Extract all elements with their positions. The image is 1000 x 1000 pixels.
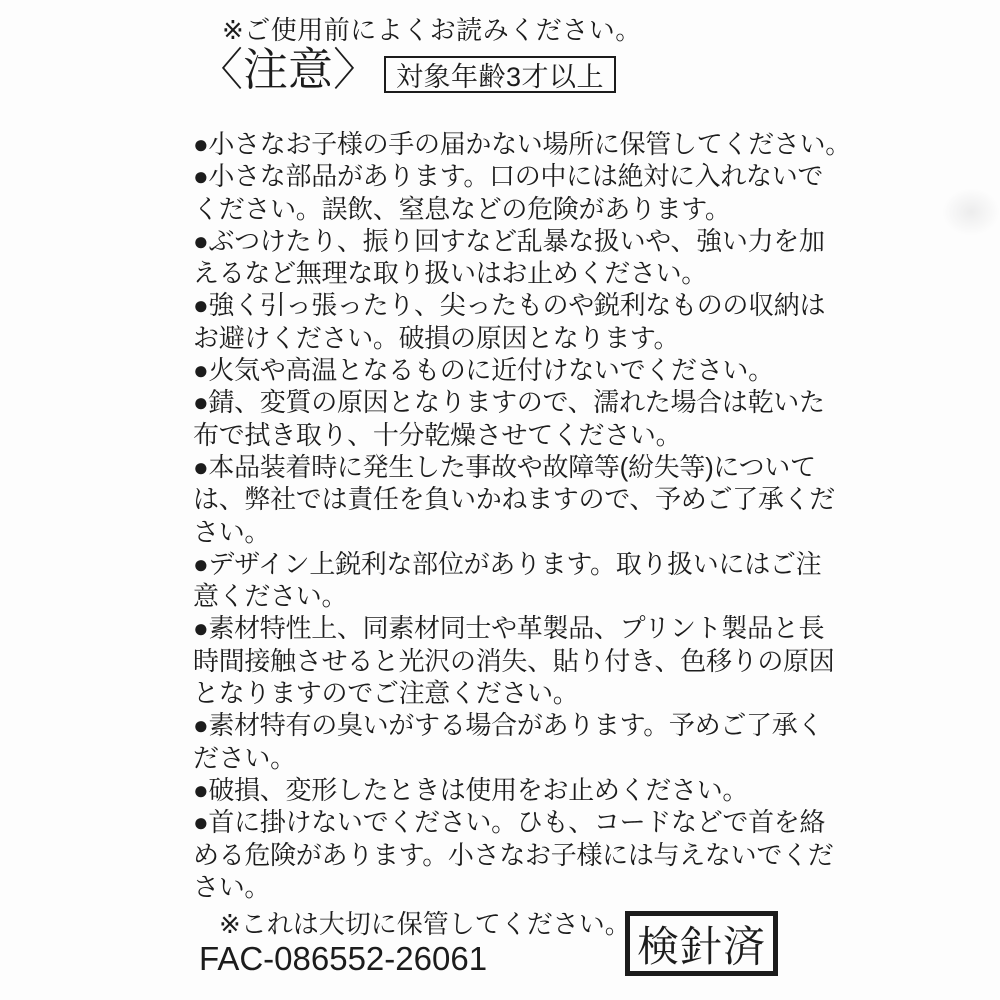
warning-line: さい。 — [193, 516, 833, 548]
warning-line: ●デザイン上鋭利な部位があります。取り扱いにはご注 — [193, 548, 833, 580]
warning-item: ●錆、変質の原因となりますので、濡れた場合は乾いた 布で拭き取り、十分乾燥させて… — [193, 386, 833, 451]
warning-line: ●火気や高温となるものに近付けないでください。 — [193, 354, 833, 386]
age-restriction-box: 対象年齢3才以上 — [384, 56, 616, 93]
warning-item: ●ぶつけたり、振り回すなど乱暴な扱いや、強い力を加 えるなど無理な取り扱いはお止… — [193, 225, 833, 290]
warnings-list: ●小さなお子様の手の届かない場所に保管してください。 ●小さな部品があります。口… — [193, 128, 833, 903]
warning-line: ●破損、変形したときは使用をお止めください。 — [193, 774, 833, 806]
caution-heading: 〈注意〉 — [198, 44, 378, 96]
warning-line: ●素材特有の臭いがする場合があります。予めご了承く — [193, 709, 833, 741]
keep-this-note: ※これは大切に保管してください。 — [219, 908, 631, 940]
warning-line: ●錆、変質の原因となりますので、濡れた場合は乾いた — [193, 386, 833, 418]
warning-item: ●素材特性上、同素材同士や革製品、プリント製品と長 時間接触させると光沢の消失、… — [193, 612, 833, 709]
scan-smudge — [942, 188, 1000, 236]
read-before-use-note: ※ご使用前によくお読みください。 — [222, 13, 642, 47]
warning-item: ●火気や高温となるものに近付けないでください。 — [193, 354, 833, 386]
age-restriction-label: 対象年齢3才以上 — [396, 55, 604, 94]
warning-line: 時間接触させると光沢の消失、貼り付き、色移りの原因 — [193, 645, 833, 677]
warning-line: ●素材特性上、同素材同士や革製品、プリント製品と長 — [193, 612, 833, 644]
product-code: FAC-086552-26061 — [199, 940, 487, 978]
warning-line: は、弊社では責任を負いかねますので、予めご了承くだ — [193, 483, 833, 515]
warning-line: ●ぶつけたり、振り回すなど乱暴な扱いや、強い力を加 — [193, 225, 833, 257]
warning-line: ●強く引っ張ったり、尖ったものや鋭利なものの収納は — [193, 289, 833, 321]
warning-item: ●破損、変形したときは使用をお止めください。 — [193, 774, 833, 806]
warning-line: ●本品装着時に発生した事故や故障等(紛失等)について — [193, 451, 833, 483]
warning-line: お避けください。破損の原因となります。 — [193, 322, 833, 354]
warning-line: となりますのでご注意ください。 — [193, 677, 833, 709]
warning-item: ●強く引っ張ったり、尖ったものや鋭利なものの収納は お避けください。破損の原因と… — [193, 289, 833, 354]
warning-item: ●本品装着時に発生した事故や故障等(紛失等)について は、弊社では責任を負いかね… — [193, 451, 833, 548]
warning-line: ●首に掛けないでください。ひも、コードなどで首を絡 — [193, 806, 833, 838]
warning-line: ください。誤飲、窒息などの危険があります。 — [193, 193, 833, 225]
warning-line: ●小さな部品があります。口の中には絶対に入れないで — [193, 160, 833, 192]
warning-line: める危険があります。小さなお子様には与えないでくだ — [193, 839, 833, 871]
warning-line: えるなど無理な取り扱いはお止めください。 — [193, 257, 833, 289]
warning-line: 布で拭き取り、十分乾燥させてください。 — [193, 419, 833, 451]
warning-item: ●首に掛けないでください。ひも、コードなどで首を絡 める危険があります。小さなお… — [193, 806, 833, 903]
warning-item: ●デザイン上鋭利な部位があります。取り扱いにはご注 意ください。 — [193, 548, 833, 613]
needle-inspection-stamp-box: 検針済 — [625, 911, 778, 976]
warning-item: ●素材特有の臭いがする場合があります。予めご了承く ださい。 — [193, 709, 833, 774]
warning-line: さい。 — [193, 871, 833, 903]
needle-inspection-stamp-label: 検針済 — [637, 914, 766, 974]
caution-label-page: ※ご使用前によくお読みください。 〈注意〉 対象年齢3才以上 ●小さなお子様の手… — [0, 0, 1000, 1000]
warning-item: ●小さな部品があります。口の中には絶対に入れないで ください。誤飲、窒息などの危… — [193, 160, 833, 225]
warning-line: ●小さなお子様の手の届かない場所に保管してください。 — [193, 128, 833, 160]
warning-item: ●小さなお子様の手の届かない場所に保管してください。 — [193, 128, 833, 160]
warning-line: ださい。 — [193, 742, 833, 774]
warning-line: 意ください。 — [193, 580, 833, 612]
